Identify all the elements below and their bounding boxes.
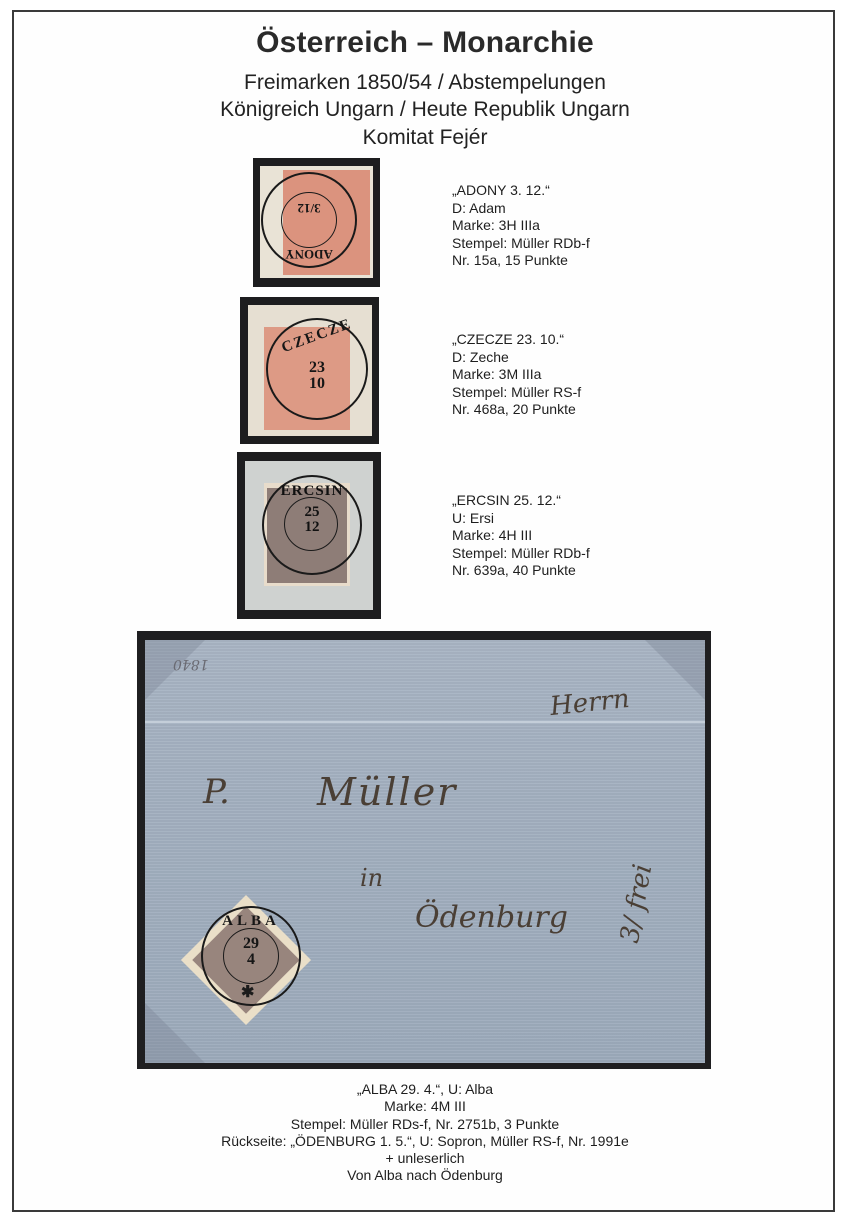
cover-caption: „ALBA 29. 4.“, U: Alba Marke: 4M III Ste… [0, 1081, 850, 1185]
mount-corner [645, 640, 705, 700]
pencil-note: 1840 [173, 656, 209, 672]
postmark-date: 29 4 [203, 936, 299, 968]
subtitle-line-3: Komitat Fejér [0, 126, 850, 150]
postmark-date: 3/12 [263, 202, 355, 215]
postmark-czecze: CZECZE 23 10 [266, 318, 368, 420]
folded-letter-cover: 1840 Herrn P. Müller in Ödenburg 3/ frei… [145, 640, 705, 1063]
stamp-description: „ERCSIN 25. 12.“ U: Ersi Marke: 4H III S… [452, 492, 590, 580]
subtitle-line-2: Königreich Ungarn / Heute Republik Ungar… [0, 98, 850, 122]
handwriting-recipient: Müller [317, 770, 457, 814]
star-icon: ✱ [241, 982, 254, 1002]
stamp-description: „ADONY 3. 12.“ D: Adam Marke: 3H IIIa St… [452, 182, 590, 270]
page-title: Österreich – Monarchie [0, 26, 850, 60]
stamp-description: „CZECZE 23. 10.“ D: Zeche Marke: 3M IIIa… [452, 331, 581, 419]
postmark-date: 23 10 [268, 360, 366, 392]
mount-corner [145, 1003, 205, 1063]
handwriting-rate: 3/ frei [615, 862, 658, 945]
subtitle-line-1: Freimarken 1850/54 / Abstempelungen [0, 71, 850, 95]
handwriting-destination: Ödenburg [415, 900, 568, 935]
handwriting-prefix: P. [203, 772, 230, 812]
postmark-date: 25 12 [264, 505, 360, 535]
postmark-alba: ALBA 29 4 ✱ [201, 906, 301, 1006]
handwriting-connector: in [360, 864, 383, 892]
postmark-adony: ADONY 3/12 [261, 172, 357, 268]
fold-line [145, 721, 705, 723]
postmark-ercsin: ERCSIN 25 12 [262, 475, 362, 575]
handwriting-herrn: Herrn [549, 684, 631, 722]
